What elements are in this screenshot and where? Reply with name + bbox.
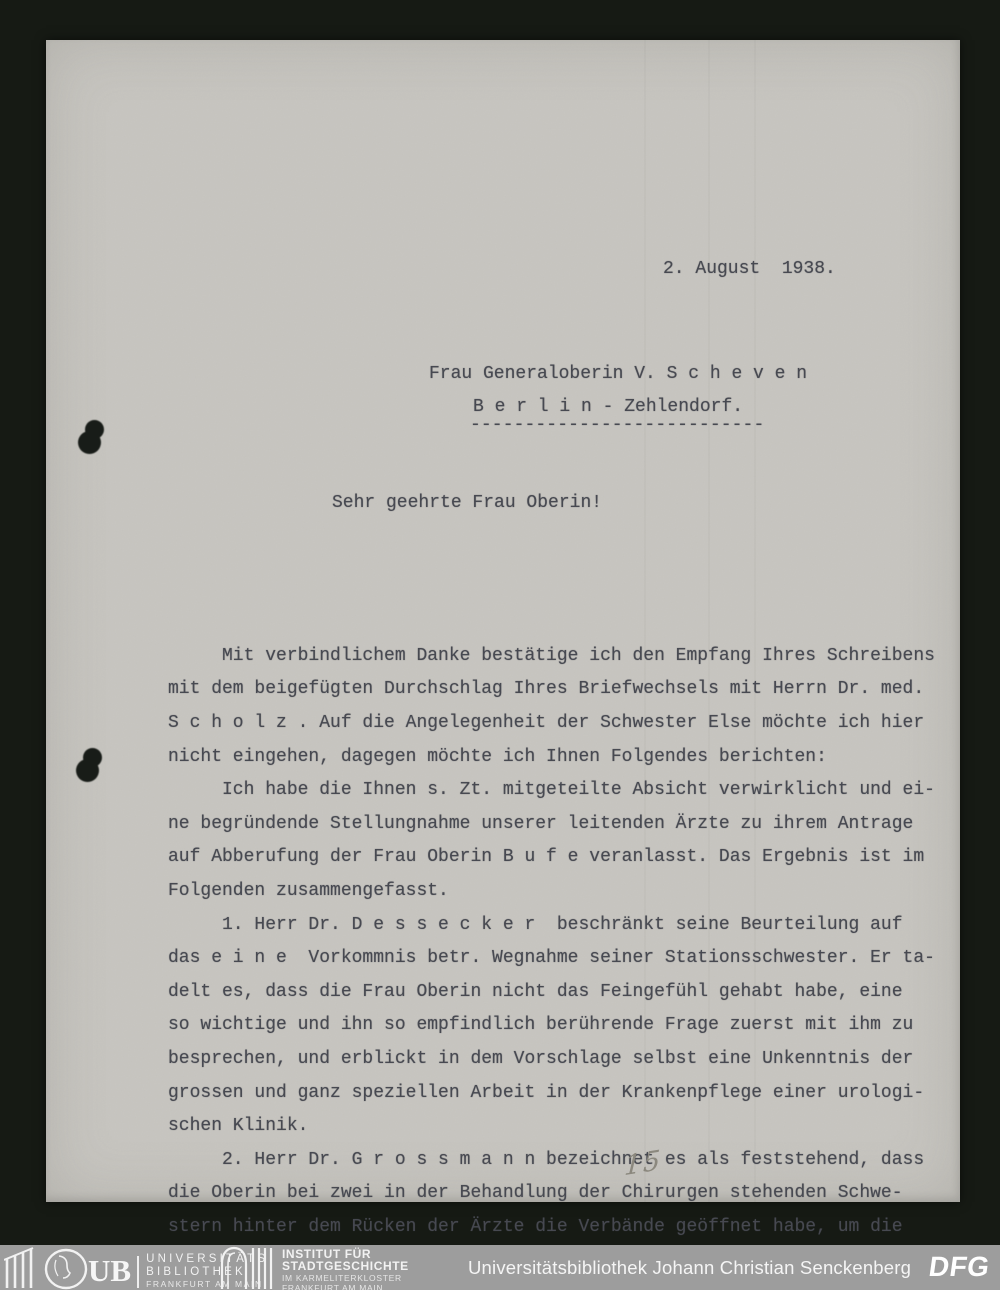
gothic-arch-icon [218, 1246, 274, 1290]
letter-body-line: mit dem beigefügten Durchschlag Ihres Br… [168, 673, 935, 707]
letter-body-line: so wichtige und ihn so empfindlich berüh… [168, 1009, 935, 1043]
library-credit-text: Universitätsbibliothek Johann Christian … [468, 1245, 911, 1290]
recipient-underline: --------------------------- [470, 415, 764, 435]
letter-body-line: nicht eingehen, dagegen möchte ich Ihnen… [168, 741, 935, 775]
letter-body-line: grossen und ganz speziellen Arbeit in de… [168, 1077, 935, 1111]
footer-bar: UB UNIVERSITÄTS BIBLIOTHEK FRANKFURT AM … [0, 1245, 1000, 1290]
letter-body-line: besprechen, und erblickt in dem Vorschla… [168, 1043, 935, 1077]
letter-body-line: stern hinter dem Rücken der Ärzte die Ve… [168, 1211, 935, 1245]
punch-hole [78, 420, 106, 456]
dfg-logo: DFG [927, 1251, 992, 1283]
letter-date: 2. August 1938. [663, 259, 836, 279]
letter-body-line: die Oberin bei zwei in der Behandlung de… [168, 1177, 935, 1211]
punch-hole [76, 748, 104, 784]
letter-body-line: das e i n e Vorkommnis betr. Wegnahme se… [168, 942, 935, 976]
letter-body-line: ne begründende Stellungnahme unserer lei… [168, 808, 935, 842]
isg-wordmark-line2: STADTGESCHICHTE [282, 1260, 409, 1273]
recipient-name: Frau Generaloberin V. S c h e v e n [429, 364, 807, 384]
letter-body-line: Mit verbindlichem Danke bestätige ich de… [168, 640, 935, 674]
recipient-city: B e r l i n - Zehlendorf. [473, 397, 743, 417]
letter-body-line: Folgenden zusammengefasst. [168, 875, 935, 909]
institut-stadtgeschichte-logo: INSTITUT FÜR STADTGESCHICHTE IM KARMELIT… [218, 1245, 409, 1290]
isg-wordmark-line3: IM KARMELITERKLOSTER [282, 1273, 409, 1283]
logo-divider [137, 1256, 139, 1288]
library-building-goethe-icon [4, 1246, 96, 1290]
punch-hole-lobe [78, 431, 101, 454]
letter-body-line: delt es, dass die Frau Oberin nicht das … [168, 976, 935, 1010]
letter-body-line: S c h o l z . Auf die Angelegenheit der … [168, 707, 935, 741]
ub-abbreviation: UB [88, 1255, 131, 1286]
isg-wordmark-line4: FRANKFURT AM MAIN [282, 1283, 409, 1290]
handwritten-page-number: 15 [623, 1145, 663, 1183]
letter-body-line: 2. Herr Dr. G r o s s m a n n bezeichnet… [168, 1144, 935, 1178]
letter-body-line: 1. Herr Dr. D e s s e c k e r beschränkt… [168, 909, 935, 943]
punch-hole-lobe [76, 759, 99, 782]
letter-body-line: schen Klinik. [168, 1110, 935, 1144]
letter-body-line: auf Abberufung der Frau Oberin B u f e v… [168, 841, 935, 875]
letter-salutation: Sehr geehrte Frau Oberin! [332, 493, 602, 513]
letter-body: Mit verbindlichem Danke bestätige ich de… [168, 539, 935, 1244]
letter-body-line: Ich habe die Ihnen s. Zt. mitgeteilte Ab… [168, 774, 935, 808]
scanned-letter-page: 2. August 1938. Frau Generaloberin V. S … [46, 40, 960, 1202]
